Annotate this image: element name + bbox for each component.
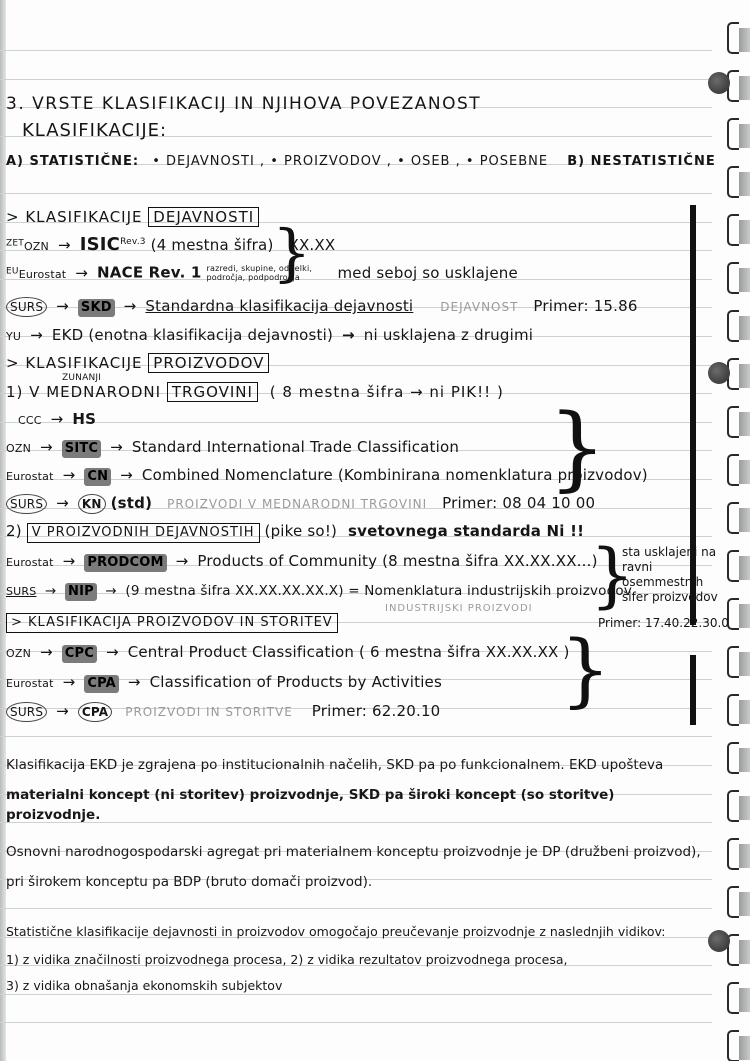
ps-row-cpa-surs: SURS → CPA PROIZVODI IN STORITVE Primer:… <box>6 702 440 722</box>
types-line: a) STATISTIČNE: • DEJAVNOSTI , • PROIZVO… <box>6 153 716 171</box>
source-label: OZN <box>6 647 31 660</box>
punch-hole <box>708 72 730 94</box>
brace-icon: } <box>560 630 611 710</box>
source-label: SURS <box>6 702 47 722</box>
category-label: INDUSTRIJSKI PROIZVODI <box>385 600 533 618</box>
ruled-line <box>0 908 712 909</box>
spiral-ring <box>727 982 739 1014</box>
product-row-sitc: OZN → SITC → Standard International Trad… <box>6 438 459 458</box>
spiral-ring <box>727 502 739 534</box>
type-item: • PROIZVODOV <box>270 154 381 169</box>
type-item: • POSEBNE <box>466 154 548 169</box>
spiral-ring <box>727 694 739 726</box>
code-label: NIP <box>65 583 97 601</box>
category-label: DEJAVNOST <box>440 300 518 314</box>
spiral-ring <box>727 166 739 198</box>
statisticne-label: a) STATISTIČNE: <box>6 154 139 169</box>
product-row-nip: SURS → NIP → (9 mestna šifra XX.XX.XX.XX… <box>6 582 632 601</box>
code-label: KN <box>78 494 106 514</box>
arrow-icon: → <box>128 673 141 691</box>
page-heading: 3. VRSTE KLASIFIKACIJ IN NJIHOVA POVEZAN… <box>6 95 481 113</box>
paragraph-line: Klasifikacija EKD je zgrajena po institu… <box>6 755 706 775</box>
code-label: CPC <box>62 645 97 663</box>
code-label: CPA <box>84 675 119 693</box>
category-label: PROIZVODI IN STORITVE <box>125 705 293 719</box>
punch-hole <box>708 930 730 952</box>
code-label: NACE Rev. 1 <box>97 264 201 282</box>
arrow-icon: → <box>342 326 355 344</box>
arrow-icon: → <box>120 466 133 484</box>
side-example-value: Primer: 17.40.22.30.0 <box>598 616 729 630</box>
code-label: CN <box>84 468 111 486</box>
source-label: EUEurostat <box>6 268 66 281</box>
spiral-ring <box>727 838 739 870</box>
section-box: V PROIZVODNIH DEJAVNOSTIH <box>27 523 260 543</box>
punch-hole <box>708 362 730 384</box>
source-label: Eurostat <box>6 556 54 569</box>
arrow-icon: → <box>56 702 69 720</box>
section-note: (pike so!) <box>265 522 338 540</box>
arrow-icon: → <box>124 297 137 315</box>
source-label: Eurostat <box>6 677 54 690</box>
code-desc: (enotna klasifikacija dejavnosti) <box>88 326 333 344</box>
spiral-ring <box>727 262 739 294</box>
spiral-ring <box>727 454 739 486</box>
ruled-line <box>0 50 712 51</box>
code-label: PRODCOM <box>84 554 166 572</box>
section-bold-note: svetovnega standarda Ni !! <box>348 522 584 540</box>
spiral-ring <box>727 118 739 150</box>
notebook-page: 3. VRSTE KLASIFIKACIJ IN NJIHOVA POVEZAN… <box>0 0 750 1061</box>
code-label: ISIC <box>80 234 120 255</box>
code-desc: (4 mestna šifra) <box>151 236 274 254</box>
spiral-ring <box>727 886 739 918</box>
arrow-icon: → <box>56 297 69 315</box>
arrow-icon: → <box>63 673 76 691</box>
spiral-ring <box>727 310 739 342</box>
arrow-icon: → <box>63 552 76 570</box>
type-item: • DEJAVNOSTI <box>152 154 255 169</box>
arrow-icon: → <box>56 494 69 512</box>
ruled-line <box>0 1022 712 1023</box>
spiral-ring <box>727 406 739 438</box>
example-value: Primer: 15.86 <box>533 297 637 315</box>
paragraph-line: Statistične klasifikacije dejavnosti in … <box>6 922 706 942</box>
subheading: KLASIFIKACIJE: <box>22 122 167 140</box>
activities-title-prefix: > KLASIFIKACIJE <box>6 208 143 226</box>
spiral-ring <box>727 550 739 582</box>
source-label: SURS <box>6 494 47 514</box>
section-note: ( 8 mestna šifra → ni PIK!! ) <box>270 383 504 401</box>
side-note: sta usklajeni na ravni osemmestnih šifer… <box>622 545 722 605</box>
margin-bar <box>690 655 696 725</box>
source-label: OZN <box>6 442 31 455</box>
paragraph-line: Osnovni narodnogospodarski agregat pri m… <box>6 842 706 862</box>
arrow-icon: → <box>105 583 117 599</box>
section-above-note: ZUNANJI <box>62 369 101 387</box>
product-row-prodcom: Eurostat → PRODCOM → Products of Communi… <box>6 552 598 572</box>
source-label: CCC <box>18 414 42 427</box>
code-label: HS <box>72 410 96 428</box>
arrow-icon: → <box>110 438 123 456</box>
spiral-ring <box>727 214 739 246</box>
arrow-icon: → <box>58 236 71 254</box>
products-services-title: > KLASIFIKACIJA PROIZVODOV IN STORITEV <box>6 612 338 633</box>
category-label: PROIZVODI V MEDNARODNI TRGOVINI <box>167 497 427 511</box>
arrow-icon: → <box>45 583 57 599</box>
products-title-box: PROIZVODOV <box>148 353 269 373</box>
code-desc: Standard International Trade Classificat… <box>132 438 459 456</box>
code-desc: Central Product Classification ( 6 mestn… <box>128 643 570 661</box>
product-row-kn: SURS → KN (std) PROIZVODI V MEDNARODNI T… <box>6 494 595 514</box>
source-label: SURS <box>6 297 47 317</box>
source-label: SURS <box>6 585 36 598</box>
arrow-icon: → <box>176 552 189 570</box>
paragraph-ekd-skd: Klasifikacija EKD je zgrajena po institu… <box>6 755 706 825</box>
paragraph-aggregate: Osnovni narodnogospodarski agregat pri m… <box>6 842 706 892</box>
ruled-line <box>0 736 712 737</box>
products-services-title-box: > KLASIFIKACIJA PROIZVODOV IN STORITEV <box>6 613 338 633</box>
code-desc: (9 mestna šifra XX.XX.XX.XX.X) = Nomenkl… <box>125 583 632 599</box>
code-extra: (std) <box>111 494 153 512</box>
activity-row-nace: EUEurostat → NACE Rev. 1 razredi, skupin… <box>6 262 518 284</box>
ps-row-cpc: OZN → CPC → Central Product Classificati… <box>6 643 570 663</box>
brace-note: med seboj so usklajene <box>337 264 517 282</box>
products-title: > KLASIFIKACIJE PROIZVODOV <box>6 353 269 373</box>
code-label: EKD <box>52 326 83 344</box>
arrow-icon: → <box>51 410 64 428</box>
source-label: ZETOZN <box>6 240 49 253</box>
section-label: 2) <box>6 522 22 540</box>
code-desc: Classification of Products by Activities <box>150 673 442 691</box>
spiral-ring <box>727 790 739 822</box>
section-production-activities: 2) V PROIZVODNIH DEJAVNOSTIH (pike so!) … <box>6 522 584 543</box>
code-note: ni usklajena z drugimi <box>364 326 533 344</box>
brace-icon: } <box>272 222 311 284</box>
product-row-hs: CCC → HS <box>18 410 96 430</box>
source-label: Eurostat <box>6 470 54 483</box>
arrow-icon: → <box>106 643 119 661</box>
code-desc: Standardna klasifikacija dejavnosti <box>145 297 413 315</box>
spiral-ring <box>727 646 739 678</box>
source-label: YU <box>6 330 21 343</box>
code-label: SKD <box>78 299 115 317</box>
paragraph-line: 1) z vidika značilnosti proizvodnega pro… <box>6 950 706 970</box>
code-sup: Rev.3 <box>120 237 146 247</box>
code-desc: Products of Community (8 mestna šifra XX… <box>197 552 597 570</box>
spiral-binding <box>727 0 750 1061</box>
activities-title-box: DEJAVNOSTI <box>148 207 259 227</box>
arrow-icon: → <box>63 466 76 484</box>
spiral-ring <box>727 1030 739 1061</box>
spiral-ring <box>727 22 739 54</box>
ruled-line <box>0 79 712 80</box>
spiral-ring <box>727 742 739 774</box>
example-value: Primer: 62.20.10 <box>312 702 441 720</box>
code-label: SITC <box>62 440 101 458</box>
paragraph-aspects: Statistične klasifikacije dejavnosti in … <box>6 922 706 996</box>
arrow-icon: → <box>30 326 43 344</box>
arrow-icon: → <box>40 438 53 456</box>
paragraph-line: pri širokem konceptu pa BDP (bruto domač… <box>6 872 706 892</box>
arrow-icon: → <box>40 643 53 661</box>
paragraph-line: materialni koncept (ni storitev) proizvo… <box>6 785 706 825</box>
activity-row-ekd: YU → EKD (enotna klasifikacija dejavnost… <box>6 326 533 346</box>
activities-title: > KLASIFIKACIJE DEJAVNOSTI <box>6 207 259 227</box>
type-item: • OSEB <box>397 154 450 169</box>
section-box: TRGOVINI <box>167 382 258 402</box>
code-label: CPA <box>78 702 112 722</box>
brace-icon: } <box>548 402 607 494</box>
paragraph-line: 3) z vidika obnašanja ekonomskih subjekt… <box>6 976 706 996</box>
activity-row-skd: SURS → SKD → Standardna klasifikacija de… <box>6 297 638 317</box>
ruled-line <box>0 193 712 194</box>
nestatisticne-label: b) NESTATISTIČNE <box>567 154 715 169</box>
arrow-icon: → <box>75 264 88 282</box>
ps-row-cpa: Eurostat → CPA → Classification of Produ… <box>6 673 442 693</box>
